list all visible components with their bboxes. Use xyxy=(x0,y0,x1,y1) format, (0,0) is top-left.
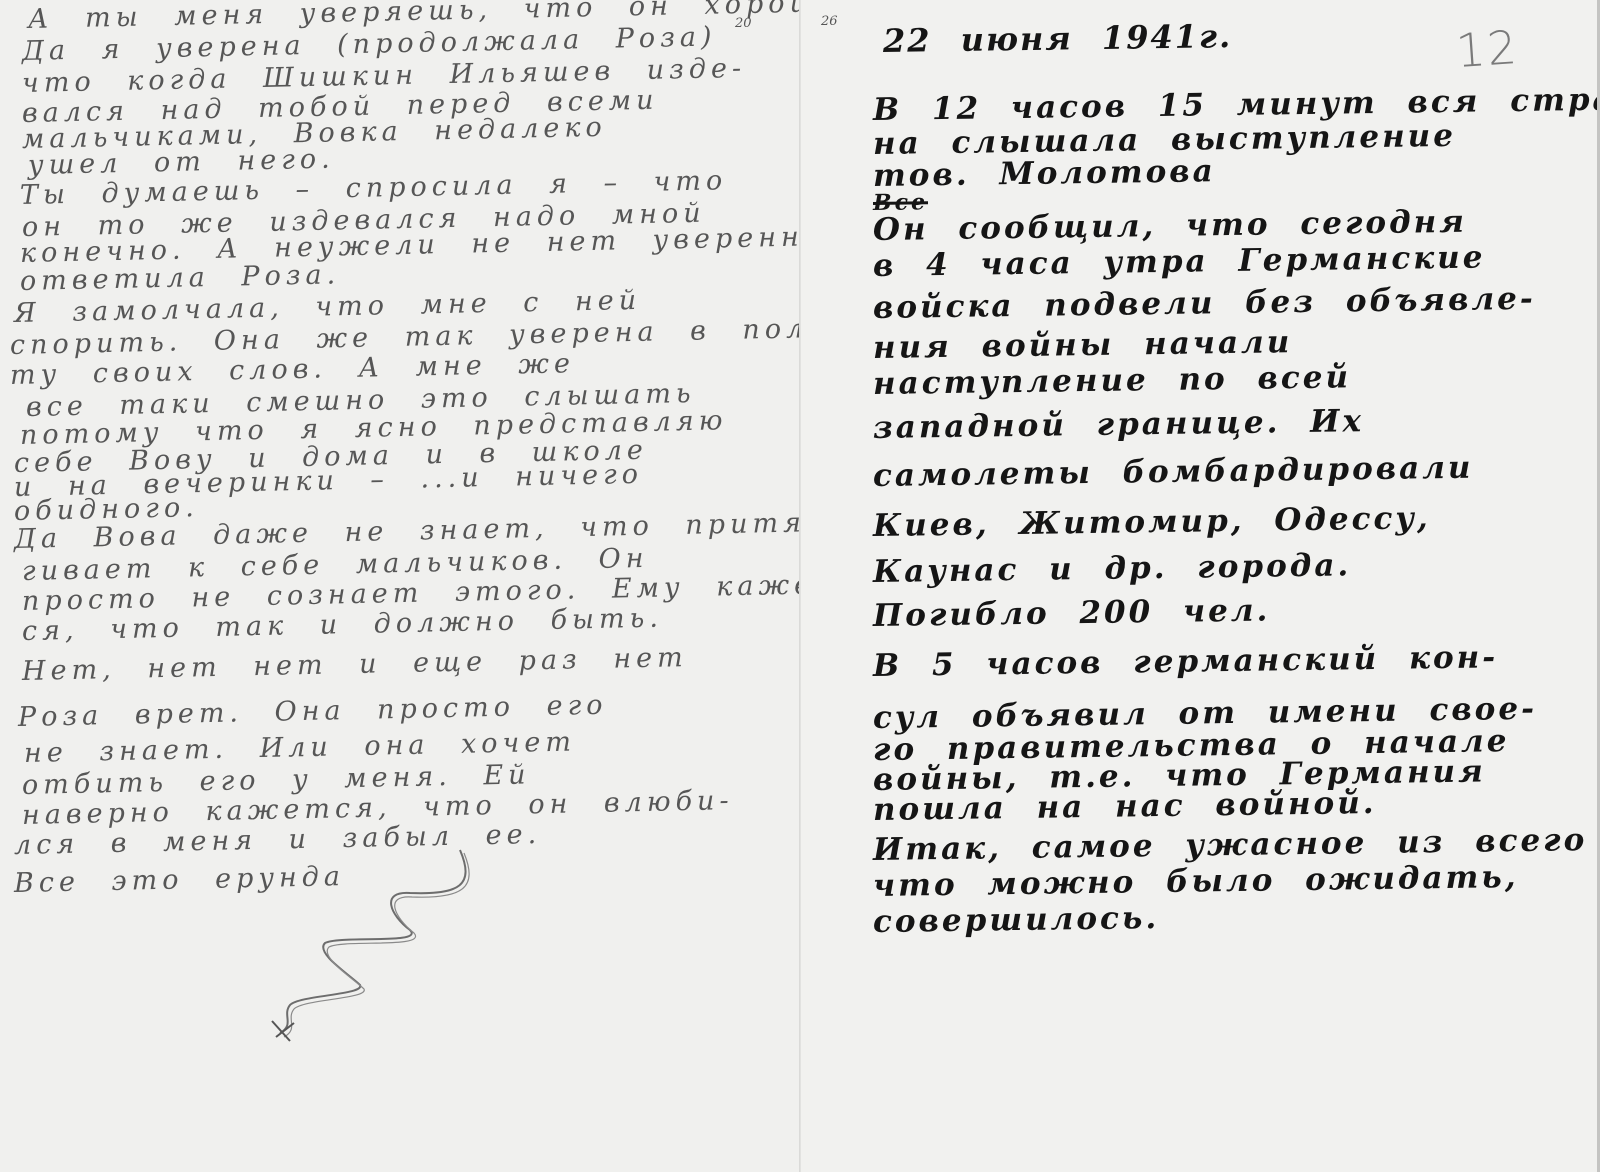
text-line: наступление по всей xyxy=(873,359,1351,402)
text-line: Киев, Житомир, Одессу, xyxy=(873,500,1431,544)
text-line: пошла на нас войной. xyxy=(873,785,1377,828)
text-line: В 5 часов германский кон- xyxy=(873,639,1499,684)
archive-folio-number: 12 xyxy=(1454,20,1520,78)
text-line: самолеты бомбардировали xyxy=(873,450,1474,494)
text-line: Роза врет. Она просто его xyxy=(18,690,608,733)
text-line: Нет, нет нет и еще раз нет xyxy=(22,642,688,687)
text-line: войска подвели без объявле- xyxy=(873,281,1536,326)
right-page: 26 12 22 июня 1941г. В 12 часов 15 минут… xyxy=(801,0,1597,1172)
text-line: в 4 часа утра Германские xyxy=(873,239,1486,284)
text-line: совершилось. xyxy=(873,900,1160,940)
squiggle-doodle-icon xyxy=(260,845,500,1045)
text-line: Каунас и др. города. xyxy=(873,547,1352,590)
text-line: тов. Молотова xyxy=(873,153,1216,194)
diary-date: 22 июня 1941г. xyxy=(883,17,1233,60)
right-page-number: 26 xyxy=(821,14,838,29)
left-page: 20 А ты меня уверяешь, что он хороший. Д… xyxy=(0,0,799,1172)
text-line: что можно было ожидать, xyxy=(873,859,1519,904)
diary-spread: 20 А ты меня уверяешь, что он хороший. Д… xyxy=(0,0,1600,1172)
text-line: ния войны начали xyxy=(873,324,1293,366)
text-line: Погибло 200 чел. xyxy=(873,592,1271,634)
text-line: западной границе. Их xyxy=(873,403,1364,446)
